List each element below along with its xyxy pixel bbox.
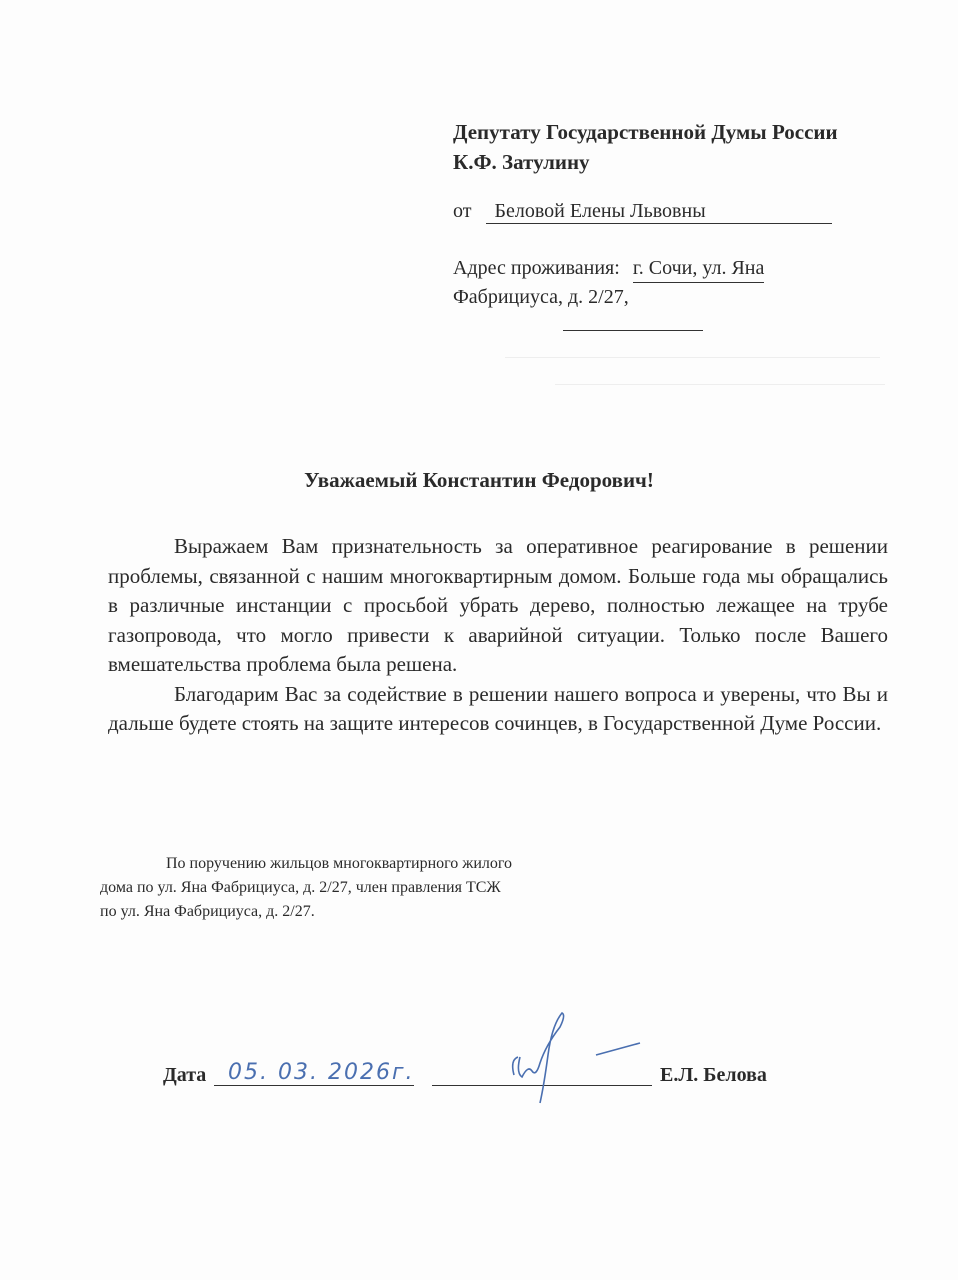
- footer-line-2: дома по ул. Яна Фабрициуса, д. 2/27, чле…: [100, 876, 620, 900]
- footer-line-1: По поручению жильцов многоквартирного жи…: [100, 852, 620, 876]
- signer-name: Е.Л. Белова: [660, 1064, 767, 1087]
- date-underline: [214, 1085, 414, 1086]
- address-label: Адрес проживания:: [453, 257, 620, 279]
- address-blank-line: [563, 330, 703, 331]
- handwritten-date: 05. 03. 2026г.: [228, 1060, 415, 1085]
- salutation: Уважаемый Константин Федорович!: [0, 468, 958, 493]
- date-label: Дата: [163, 1064, 206, 1087]
- body-paragraph-1: Выражаем Вам признательность за оператив…: [108, 532, 888, 680]
- from-prefix: от: [453, 200, 471, 222]
- address-line2: Фабрициуса, д. 2/27,: [453, 286, 629, 308]
- sender-line: от Беловой Елены Львовны: [453, 200, 832, 224]
- authorization-note: По поручению жильцов многоквартирного жи…: [100, 852, 620, 924]
- redacted-phone-line: [505, 357, 880, 358]
- footer-line-3: по ул. Яна Фабрициуса, д. 2/27.: [100, 900, 620, 924]
- body-paragraph-2: Благодарим Вас за содействие в решении н…: [108, 680, 888, 739]
- letter-body: Выражаем Вам признательность за оператив…: [108, 532, 888, 739]
- sender-name: Беловой Елены Львовны: [486, 200, 832, 224]
- address-line1: г. Сочи, ул. Яна: [633, 254, 765, 283]
- redacted-email-line: [555, 384, 885, 385]
- addressee-title: Депутату Государственной Думы России: [453, 117, 838, 147]
- handwritten-signature-icon: [500, 1005, 660, 1105]
- sender-address: Адрес проживания: г. Сочи, ул. Яна Фабри…: [453, 254, 873, 339]
- addressee-name: К.Ф. Затулину: [453, 147, 838, 177]
- addressee: Депутату Государственной Думы России К.Ф…: [453, 117, 838, 177]
